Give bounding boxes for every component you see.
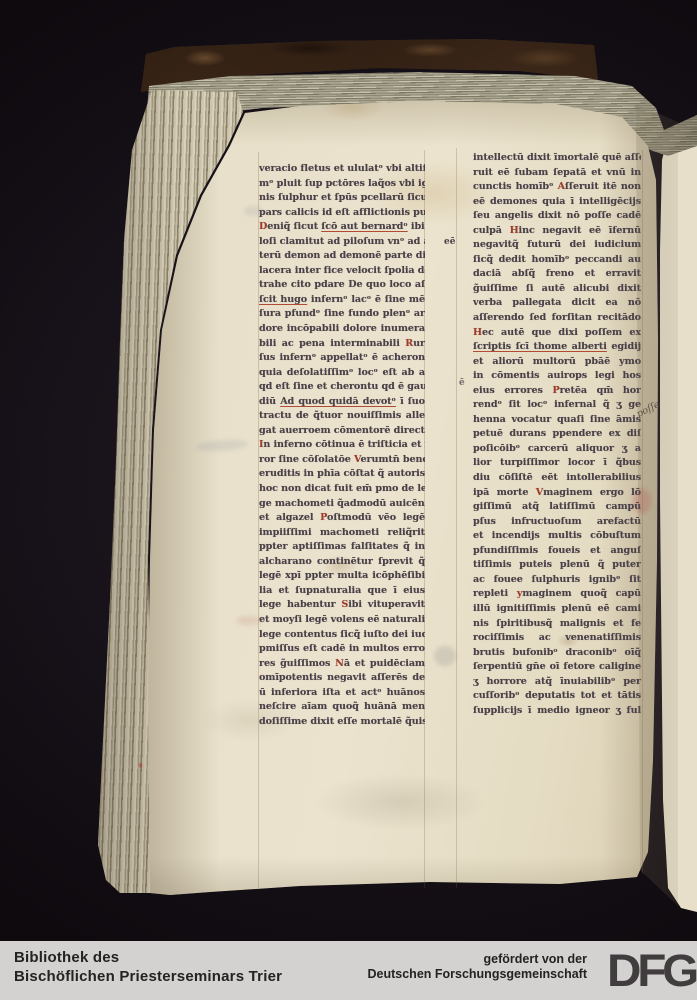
manuscript-line: aſſerendo ſed forſitan recitādo (473, 312, 641, 327)
manuscript-line: ac fouee ſulphuris ignibᵒ ſit (473, 574, 641, 589)
manuscript-line: verba pallegata dicit ea nō (473, 297, 641, 312)
bleed-through-smudge (236, 616, 262, 625)
library-name-line2: Bischöflichen Priesterseminars Trier (14, 967, 282, 986)
manuscript-line: in cōmentis auirops legi hos (473, 370, 641, 385)
manuscript-line: quia deſolatiſſimᵒ locᵒ eſt ab a (259, 367, 425, 382)
manuscript-line: intellectū dixit īmortalē quē aſſe (473, 152, 641, 167)
manuscript-line: ſura pfundᵒ ſine fundo plenᵒ ar (259, 308, 425, 323)
manuscript-line: daciā abſq̃ freno et erravit (473, 268, 641, 283)
manuscript-line: brutis bufonibᵒ draconibᵒ oīq̃ (473, 647, 641, 662)
funding-line2: Deutschen Forschungsgemeinschaft (368, 967, 588, 982)
manuscript-line: ſicq̃ dedit homībᵒ peccandi au (473, 254, 641, 269)
manuscript-line: loſi clamitut ad piloſum vnᵒ ad al (259, 236, 425, 251)
manuscript-line: negavitq̃ futurū dei iudicium (473, 239, 641, 254)
manuscript-line: mᵒ pluit ſup pctōres laq̃os vbi ig (259, 178, 425, 193)
intercolumn-smudge (434, 646, 456, 666)
manuscript-line: henna vocatur quaſi ſine āmis (473, 414, 641, 429)
manuscript-line: ū inferiora iſta et actᵒ huānos (259, 687, 425, 702)
marginal-note: eē (444, 237, 455, 247)
manuscript-line: ſcit hugo infernᵒ lacᵒ ē ſine mē (259, 294, 425, 309)
manuscript-line: ſcriptis ſcī thome alberti egidij (473, 341, 641, 356)
funding-credit: gefördert von der Deutschen Forschungsge… (368, 952, 588, 982)
manuscript-line: gat auerroem cōmentorē directē (259, 425, 425, 440)
library-name: Bibliothek des Bischöflichen Priestersem… (14, 948, 282, 986)
manuscript-line: res g̃uiſſimos Nā et puidēciam (259, 658, 425, 673)
caption-bar: Bibliothek des Bischöflichen Priestersem… (0, 941, 697, 1000)
manuscript-line: veracio fletus et ululatᵒ vbi altiſſi (259, 163, 425, 178)
manuscript-line: lege contentus ſicq̃ iuſto dei iudiō (259, 629, 425, 644)
manuscript-line: ruit eē ſubam ſepatā et vnū in (473, 167, 641, 182)
manuscript-line: legē xpī ppter multa icōphēſibi (259, 570, 425, 585)
manuscript-line: cunctis homībᵒ Aſſeruit itē non (473, 181, 641, 196)
bleed-through-smudge (244, 206, 262, 216)
manuscript-line: ʒ horrore atq̃ īnuiabilibᵒ per (473, 676, 641, 691)
manuscript-line: petuē durans ppendere ex diſ (473, 428, 641, 443)
manuscript-line: trahe cito pdare De quo loco aſ (259, 279, 425, 294)
manuscript-line: ipā morte Vmaginem ergo lō (473, 487, 641, 502)
manuscript-line: eē demones quia ī intelligēcijs (473, 196, 641, 211)
manuscript-line: culpā Hinc negavit eē īfernū (473, 225, 641, 240)
manuscript-line: terū demon ad demonē parte di (259, 250, 425, 265)
manuscript-line: eruditis in phīa cōſtat q̃ autoris (259, 468, 425, 483)
manuscript-line: ſerpentiū gn̄e oī fetore caligine (473, 661, 641, 676)
manuscript-line: ge machometi q̃admodū auicēna (259, 498, 425, 513)
manuscript-line: cuſſoribᵒ deputatis tot et tātis (473, 690, 641, 705)
manuscript-line: doſiſſime dixit eſſe mortalē q̃uis (259, 716, 425, 731)
manuscript-line: hoc non dicat fuit em̄ pmo de le (259, 483, 425, 498)
manuscript-line: rociſſimis ac venenatiſſimis (473, 632, 641, 647)
manuscript-line: pars calicis id eſt afflictionis puor (259, 207, 425, 222)
manuscript-line: tiſſimis puteis plenū q̃ puter (473, 559, 641, 574)
manuscript-line: lacera inter fice velocit ſpolia de (259, 265, 425, 280)
manuscript-line: Hec autē que dixi poſſem ex (473, 327, 641, 342)
red-dot-mark (139, 763, 142, 768)
manuscript-line: poſicōibᵒ carcerū aliquor ʒ a (473, 443, 641, 458)
dfg-logo: DFG (607, 941, 695, 1000)
manuscript-line: ſupplicijs ī medio igneor ʒ ful (473, 705, 641, 720)
manuscript-line: qd eſt ſine et cherontu qd ē gau (259, 381, 425, 396)
manuscript-line: neſcire aīam quoq̃ huānā men (259, 701, 425, 716)
text-column-left: veracio fletus et ululatᵒ vbi altiſſimᵒ … (259, 163, 425, 730)
manuscript-line: diu cōſiſtē eēt intollerabilius (473, 472, 641, 487)
manuscript-line: lia et ſupnaturalia que ī eius (259, 585, 425, 600)
manuscript-line: repleti ymaginem quoq̃ capū (473, 588, 641, 603)
manuscript-line: nis ſpiritibusq̃ malignis et fe (473, 618, 641, 633)
manuscript-line: dore incōpabili dolore inumera (259, 323, 425, 338)
manuscript-line: pmiſſus eſt cadē in multos erro (259, 643, 425, 658)
manuscript-line: g̃uiſſime ſi autē alicubi dixit (473, 283, 641, 298)
text-column-right: intellectū dixit īmortalē quē aſſeruit e… (473, 152, 641, 719)
library-name-line1: Bibliothek des (14, 948, 282, 967)
manuscript-line: ſus infernᵒ appellatᵒ ē acheron (259, 352, 425, 367)
manuscript-line: pfundiſſimis foueis et anguſ (473, 545, 641, 560)
manuscript-line: alcharano continētur ſprevit q̃ (259, 556, 425, 571)
manuscript-line: et moyſi legē volens eē naturali (259, 614, 425, 629)
manuscript-line: nis ſulphur et ſpūs pcellarū ſicut (259, 192, 425, 207)
manuscript-line: lior turpiſſimor locor ī q̃bus (473, 457, 641, 472)
manuscript-line: et incendijs multis cōbuſtum (473, 530, 641, 545)
manuscript-line: pſus infructuoſum arefactū (473, 516, 641, 531)
manuscript-line: ppter aptiſſimas falſitates q̃ in (259, 541, 425, 556)
manuscript-line: illū ignitiſſimis plenū eē cami (473, 603, 641, 618)
funding-line1: gefördert von der (368, 952, 588, 967)
marginal-note: ē (459, 378, 465, 388)
manuscript-line: ſeu angelis dixit nō poſſe cadē (473, 210, 641, 225)
manuscript-line: diū Ad quod quidā devotᵒ ī ſuo (259, 396, 425, 411)
manuscript-line: bili ac pena interminabili Rur (259, 338, 425, 353)
manuscript-line: omīpotentis negavit aſſerēs de (259, 672, 425, 687)
manuscript-line: eius errores Pretēa qm̄ hor (473, 385, 641, 400)
manuscript-line: giſſimū atq̃ latiſſimū campū (473, 501, 641, 516)
manuscript-line: impiiſſimi machometi reliq̃rit (259, 527, 425, 542)
manuscript-line: et algazel Poſtmodū vēo legē (259, 512, 425, 527)
manuscript-photo: veracio fletus et ululatᵒ vbi altiſſimᵒ … (0, 0, 697, 941)
manuscript-line: Deniq̃ ſicut ſcō aut bernardᵒ ibi pi (259, 221, 425, 236)
manuscript-line: lege habentur Sibi vituperavit (259, 599, 425, 614)
manuscript-line: rendᵒ ſit locᵒ infernal q̃ ʒ ge (473, 399, 641, 414)
manuscript-line: ror ſine cōſolatōe Verumtn̄ bene (259, 454, 425, 469)
manuscript-line: In inferno cōtinua ē triſticia et me (259, 439, 425, 454)
manuscript-line: tractu de q̃tuor nouiſſimis alle (259, 410, 425, 425)
manuscript-line: et aliorū multorū pbāē ymo (473, 356, 641, 371)
ruling-line (456, 148, 457, 888)
